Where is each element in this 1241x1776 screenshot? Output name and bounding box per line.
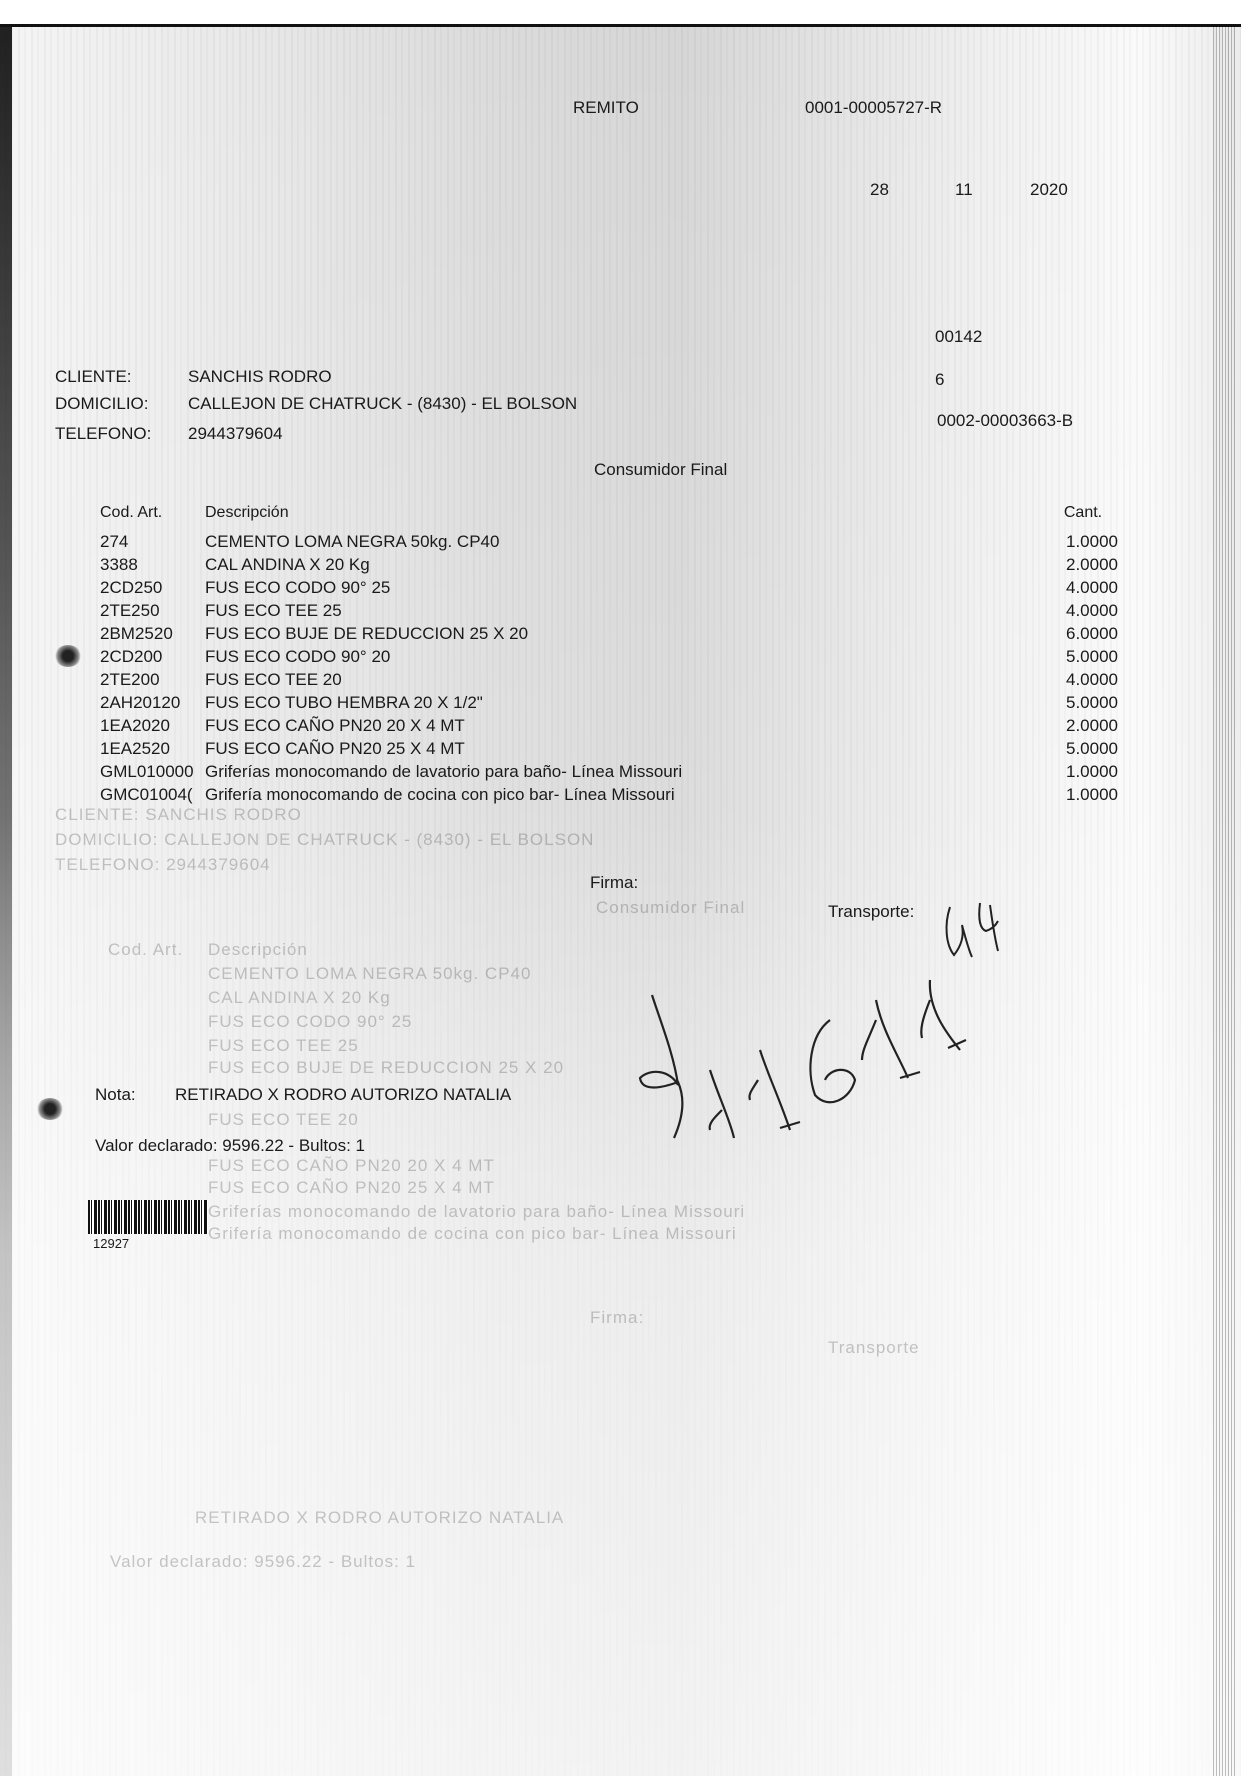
item-code: GML010000 [100,762,194,782]
item-description: FUS ECO CODO 90° 20 [205,647,390,667]
table-row: 2BM2520FUS ECO BUJE DE REDUCCION 25 X 20… [100,624,1120,647]
item-description: FUS ECO TUBO HEMBRA 20 X 1/2" [205,693,483,713]
ghost-line: FUS ECO CAÑO PN20 25 X 4 MT [208,1178,495,1198]
item-quantity: 4.0000 [1048,578,1118,598]
note-label: Nota: [95,1085,136,1105]
customer-phone-label: TELEFONO: [55,424,151,444]
ghost-line: CEMENTO LOMA NEGRA 50kg. CP40 [208,964,531,984]
item-description: FUS ECO CAÑO PN20 25 X 4 MT [205,739,465,759]
item-code: 274 [100,532,128,552]
ghost-line: Grifería monocomando de cocina con pico … [208,1224,737,1244]
ghost-firma: Firma: [590,1308,644,1328]
date-year: 2020 [1030,180,1068,200]
document-type-label: REMITO [573,98,639,118]
invoice-reference: 0002-00003663-B [937,411,1073,431]
customer-phone: 2944379604 [188,424,283,444]
ghost-header-code: Cod. Art. [108,940,183,960]
ghost-line: CAL ANDINA X 20 Kg [208,988,391,1008]
customer-address: CALLEJON DE CHATRUCK - (8430) - EL BOLSO… [188,394,577,414]
table-row: 2CD250FUS ECO CODO 90° 254.0000 [100,578,1120,601]
item-quantity: 4.0000 [1048,670,1118,690]
item-description: CAL ANDINA X 20 Kg [205,555,370,575]
signature-label: Firma: [590,873,638,893]
header-code: Cod. Art. [100,504,162,522]
ink-stamp-mark [54,645,82,667]
items-table-header: Cod. Art. Descripción Cant. [100,504,1120,528]
date-day: 28 [870,180,889,200]
item-description: FUS ECO BUJE DE REDUCCION 25 X 20 [205,624,528,644]
customer-name: SANCHIS RODRO [188,367,332,387]
table-row: 1EA2020FUS ECO CAÑO PN20 20 X 4 MT2.0000 [100,716,1120,739]
item-code: 2BM2520 [100,624,173,644]
item-description: FUS ECO TEE 20 [205,670,342,690]
ghost-valor: Valor declarado: 9596.22 - Bultos: 1 [110,1552,416,1572]
header-description: Descripción [205,504,289,522]
item-quantity: 4.0000 [1048,601,1118,621]
customer-address-label: DOMICILIO: [55,394,149,414]
table-row: 2CD200FUS ECO CODO 90° 205.0000 [100,647,1120,670]
item-quantity: 1.0000 [1048,532,1118,552]
item-code: 2CD200 [100,647,162,667]
ghost-note: RETIRADO X RODRO AUTORIZO NATALIA [195,1508,564,1528]
table-row: 1EA2520FUS ECO CAÑO PN20 25 X 4 MT5.0000 [100,739,1120,762]
ghost-customer: CLIENTE: SANCHIS RODRO [55,805,302,825]
item-quantity: 1.0000 [1048,785,1118,805]
item-description: FUS ECO CODO 90° 25 [205,578,390,598]
item-description: FUS ECO TEE 25 [205,601,342,621]
ghost-line: FUS ECO CAÑO PN20 20 X 4 MT [208,1156,495,1176]
header-quantity: Cant. [1048,504,1118,522]
item-quantity: 2.0000 [1048,555,1118,575]
item-description: Griferías monocomando de lavatorio para … [205,762,682,782]
item-quantity: 2.0000 [1048,716,1118,736]
item-description: FUS ECO CAÑO PN20 20 X 4 MT [205,716,465,736]
table-row: 2TE250FUS ECO TEE 254.0000 [100,601,1120,624]
customer-type: Consumidor Final [594,460,727,480]
customer-name-label: CLIENTE: [55,367,132,387]
ghost-line: Griferías monocomando de lavatorio para … [208,1202,745,1222]
ink-stamp-mark [36,1098,64,1120]
table-row: GML010000Griferías monocomando de lavato… [100,762,1120,785]
handwritten-number-signature [630,960,960,1160]
item-quantity: 5.0000 [1048,739,1118,759]
barcode-number: 12927 [93,1234,129,1254]
ghost-line: FUS ECO TEE 20 [208,1110,359,1130]
table-row: 2TE200FUS ECO TEE 204.0000 [100,670,1120,693]
transport-label: Transporte: [828,902,914,922]
scan-right-edge [1213,24,1235,1776]
reference-code: 00142 [935,327,982,347]
item-code: 1EA2520 [100,739,170,759]
item-quantity: 5.0000 [1048,647,1118,667]
item-code: 2TE250 [100,601,160,621]
table-row: 274CEMENTO LOMA NEGRA 50kg. CP401.0000 [100,532,1120,555]
items-table: Cod. Art. Descripción Cant. 274CEMENTO L… [100,528,1120,552]
ghost-customer-type: Consumidor Final [596,898,745,918]
ghost-line: FUS ECO BUJE DE REDUCCION 25 X 20 [208,1058,564,1078]
item-description: CEMENTO LOMA NEGRA 50kg. CP40 [205,532,499,552]
item-code: 1EA2020 [100,716,170,736]
ghost-transporte: Transporte [828,1338,920,1358]
barcode [88,1200,208,1234]
declared-value: Valor declarado: 9596.22 - Bultos: 1 [95,1136,365,1156]
item-description: Grifería monocomando de cocina con pico … [205,785,675,805]
reference-small: 6 [935,370,944,390]
item-quantity: 1.0000 [1048,762,1118,782]
table-row: 2AH20120FUS ECO TUBO HEMBRA 20 X 1/2"5.0… [100,693,1120,716]
item-quantity: 6.0000 [1048,624,1118,644]
ghost-address: DOMICILIO: CALLEJON DE CHATRUCK - (8430)… [55,830,594,850]
table-row: 3388CAL ANDINA X 20 Kg2.0000 [100,555,1120,578]
ghost-header-desc: Descripción [208,940,308,960]
note-text: RETIRADO X RODRO AUTORIZO NATALIA [175,1085,511,1105]
document-number: 0001-00005727-R [805,98,942,118]
ghost-line: FUS ECO TEE 25 [208,1036,359,1056]
ghost-phone: TELEFONO: 2944379604 [55,855,271,875]
date-month: 11 [955,180,973,200]
item-code: 3388 [100,555,138,575]
item-quantity: 5.0000 [1048,693,1118,713]
item-code: GMC01004( [100,785,193,805]
item-code: 2TE200 [100,670,160,690]
item-code: 2AH20120 [100,693,180,713]
item-code: 2CD250 [100,578,162,598]
ghost-line: FUS ECO CODO 90° 25 [208,1012,412,1032]
handwritten-transport-mark [940,895,1020,965]
